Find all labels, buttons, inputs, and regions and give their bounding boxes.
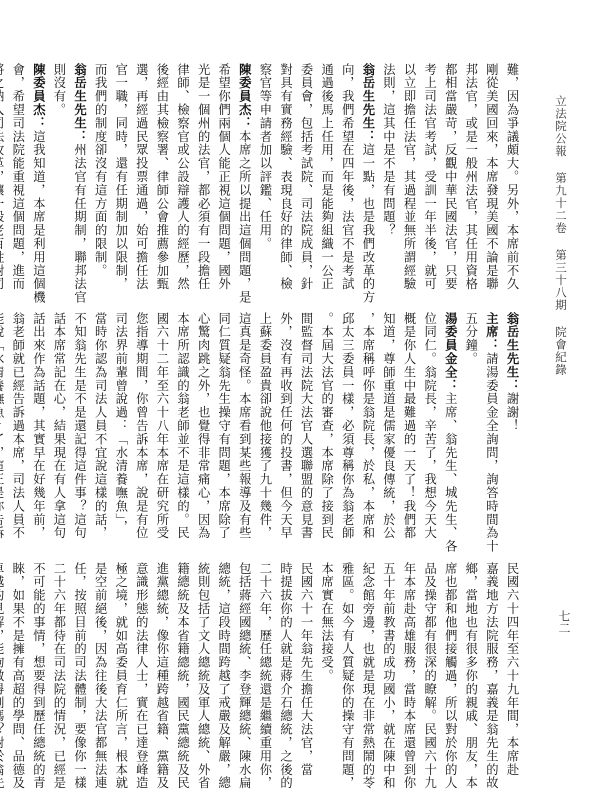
text-column: 外，沒有再收到任何的投書，但今天早 (275, 312, 296, 552)
column-text: 官一職，同時，還有任期制加以限制， (114, 63, 128, 291)
text-column: 陳委員杰：這我知道，本席是利用這個機 (28, 63, 49, 303)
text-column: 包括蔣經國總統、李登輝總統、陳水扁 (234, 562, 255, 792)
column-text: 心驚肉跳之外，也覺得非常痛心，因為 (196, 312, 210, 540)
column-text: 二十六年，歷任總統還是繼續重用你， (258, 562, 272, 790)
column-text: 本席之所以提出這個問題，是 (237, 130, 251, 304)
text-column: 本席所認識的翁老師並不是這樣的。民 (172, 312, 193, 552)
column-text: 當時你認為司法人員不宜說這樣的話， (93, 312, 107, 540)
speaker-label: 湯委員金全： (443, 312, 457, 392)
text-column: 位同仁。翁院長，辛苦了，我想今天大 (419, 312, 440, 552)
column-text: 希望你們兩個人能正視這個問題，國外 (217, 63, 231, 291)
column-text: 二十六年都待在司法院的情況，已經是 (52, 562, 66, 790)
section-label: 院會紀錄 (553, 326, 569, 376)
text-column: 概是你人生中最難過的一天了！我們都 (398, 312, 419, 552)
text-column: 籍總統及本省籍總統，國民黨總統及民 (172, 562, 193, 792)
column-text: 邦法官，或是一般州法官，其任用資格 (464, 63, 478, 291)
text-column: 民國六十四年至六十九年間，本席赴 (501, 562, 522, 792)
text-column: 對具有實務經驗、表現良好的律師、檢 (275, 63, 296, 303)
text-column: 司法界前輩曾說過：「水清養嘸魚」， (110, 312, 131, 552)
column-text: 將之納入司法改革，讓一般老百姓對司 (0, 63, 4, 291)
column-text: 請湯委員金全詢問，詢答時間為十 (484, 352, 498, 553)
text-column: 光是一個州的法官，都必須有一段擔任 (193, 63, 214, 303)
column-text: 鄉，當地也有很多你的親戚、朋友，本 (464, 562, 478, 790)
text-column: 難，因為爭議頗大。另外，本席前不久 (501, 63, 522, 303)
column-text: 能說「水清養嘸魚」了，這正是你告訴 (0, 312, 4, 540)
text-column: 五分鐘。 (460, 312, 481, 552)
text-column: 向，我們希望在四年後，法官不是考試 (337, 63, 358, 303)
column-text: 雅區。如今有人質疑你的操守有問題， (340, 562, 354, 790)
text-column: ，本席稱呼你是翁院長，於私，本席和 (357, 312, 378, 552)
text-column: 選，再經過民眾投票通過，始可擔任法 (131, 63, 152, 303)
text-column: 邦法官，或是一般州法官，其任用資格 (460, 63, 481, 303)
text-column: 察官等申請者加以評鑑、任用。 (254, 63, 275, 303)
publication-title: 立法院公報 (553, 95, 569, 158)
column-text: 任，按照目前的司法體制，要像你一樣 (73, 562, 87, 790)
text-column: 通過後馬上任用，而是能夠組織一公正 (316, 63, 337, 303)
column-text: 通過後馬上任用，而是能夠組織一公正 (320, 63, 334, 291)
column-text: 考上司法官考試，受訓一年半後，就可 (423, 63, 437, 291)
column-text: 位同仁。翁院長，辛苦了，我想今天大 (423, 312, 437, 540)
text-column: 。本屆大法官的審查，本席除了接到民 (316, 312, 337, 552)
column-text: 年本席赴高雄服務，當時本席還曾到你 (402, 562, 416, 790)
text-column: 則沒有。 (48, 63, 69, 303)
text-column: 意識形態的法律人士，實在已達登峰造 (131, 562, 152, 792)
column-text: 民國六十四年至六十九年間，本席赴 (505, 562, 519, 776)
speaker-label: 陳委員杰： (237, 63, 251, 130)
text-column: 話出來作為話題，其實早在好幾年前， (28, 312, 49, 552)
text-column: 法則，這其中是不是有問題？ (378, 63, 399, 303)
text-column: 睞，如果不是擁有高超的學問、品德及 (7, 562, 28, 792)
column-text: 總統，這段時間跨越了戒嚴及解嚴，總 (217, 562, 231, 790)
speaker-label: 翁岳生先生： (73, 63, 87, 143)
text-column: 本席實在無法接受。 (316, 562, 337, 792)
text-column: 委員會，包括考試院、司法院成員，針 (295, 63, 316, 303)
column-text: 這真是奇怪。本席看到某些報導及有些 (237, 312, 251, 540)
text-column: 希望你們兩個人能正視這個問題，國外 (213, 63, 234, 303)
column-text: 邱太三委員一樣，必須尊稱你為翁老師 (340, 312, 354, 540)
column-text: 後經由其檢察署、律師公會推薦參加甄 (155, 63, 169, 291)
text-column: 總統，這段時間跨越了戒嚴及解嚴，總 (213, 562, 234, 792)
text-column: 極之境，就如高委員育仁所言，根本就 (110, 562, 131, 792)
column-text: 籍總統及本省籍總統，國民黨總統及民 (176, 562, 190, 790)
column-text: ，本席稱呼你是翁院長，於私，本席和 (361, 312, 375, 540)
column-text: 剛從美國回來，本席發現美國不論是聯 (484, 63, 498, 291)
column-text: 這一點，也是我們改革的方 (361, 143, 375, 304)
text-column: 時提拔你的人就是蔣介石總統，之後的 (275, 562, 296, 792)
text-column: 民國六十一年翁先生擔任大法官，當 (295, 562, 316, 792)
column-text: 選，再經過民眾投票通過，始可擔任法 (134, 63, 148, 291)
column-text: 而我們的制度卻沒有這方面的限制。 (93, 63, 107, 277)
column-text: 法則，這其中是不是有問題？ (381, 63, 395, 237)
text-column: 能說「水清養嘸魚」了，這正是你告訴 (0, 312, 7, 552)
text-column: 上蘇委員盈貴卻說他接獲了九十幾件， (254, 312, 275, 552)
speaker-label: 翁岳生先生： (361, 63, 375, 143)
text-column: 會，希望司法院能重視這個問題，進而 (7, 63, 28, 303)
column-text: 睞，如果不是擁有高超的學問、品德及 (11, 562, 25, 790)
text-column: 而我們的制度卻沒有這方面的限制。 (90, 63, 111, 303)
column-text: 五十年前教書的成功國小，就在陳中和 (381, 562, 395, 790)
text-column: 翁岳生先生：州法官有任期制，聯邦法官 (69, 63, 90, 303)
text-column: 邱太三委員一樣，必須尊稱你為翁老師 (337, 312, 358, 552)
text-column: 剛從美國回來，本席發現美國不論是聯 (481, 63, 502, 303)
text-column: 陳委員杰：本席之所以提出這個問題，是 (234, 63, 255, 303)
text-column: 心驚肉跳之外，也覺得非常痛心，因為 (193, 312, 214, 552)
column-text: 統則包括了文人總統及軍人總統、外省 (196, 562, 210, 790)
speaker-label: 陳委員杰： (31, 63, 45, 130)
column-text: 本席所認識的翁老師並不是這樣的。民 (176, 312, 190, 540)
column-text: 國六十二年至六十八年本席在研究所受 (155, 312, 169, 540)
column-text: 外，沒有再收到任何的投書，但今天早 (278, 312, 292, 540)
column-text: 則沒有。 (52, 63, 66, 117)
text-column: 知道，尊師重道是儒家優良傳統，於公 (378, 312, 399, 552)
column-text: 光是一個州的法官，都必須有一段擔任 (196, 63, 210, 291)
column-text: 間監督司法院大法官人選聯盟的意見書 (299, 312, 313, 540)
text-block-middle: 翁岳生先生：謝謝！主席：請湯委員金全詢問，詢答時間為十五分鐘。湯委員金全：主席、… (57, 312, 522, 552)
column-text: 不可能的事情，想要得到歷任總統的青 (31, 562, 45, 790)
text-column: 不知翁先生是不是還記得這件事？這句 (69, 312, 90, 552)
column-text: 向，我們希望在四年後，法官不是考試 (340, 63, 354, 291)
column-text: 時提拔你的人就是蔣介石總統，之後的 (278, 562, 292, 790)
column-text: 難，因為爭議頗大。另外，本席前不久 (505, 63, 519, 291)
column-text: 以立即擔任法官，其過程並無所謂經驗 (402, 63, 416, 291)
text-column: 都相當嚴苛，反觀中華民國法官，只要 (440, 63, 461, 303)
column-text: 知道，尊師重道是儒家優良傳統，於公 (381, 312, 395, 540)
column-text: 包括蔣經國總統、李登輝總統、陳水扁 (237, 562, 251, 790)
column-text: 謝謝！ (505, 392, 519, 432)
text-block-bottom: 民國六十四年至六十九年間，本席赴嘉義地方法院服務，嘉義是翁先生的故鄉，當地也有很… (57, 562, 522, 792)
text-column: 二十六年，歷任總統還是繼續重用你， (254, 562, 275, 792)
column-text: 極之境，就如高委員育仁所言，根本就 (114, 562, 128, 790)
speaker-label: 翁岳生先生： (505, 312, 519, 392)
text-column: 後經由其檢察署、律師公會推薦參加甄 (151, 63, 172, 303)
text-column: 官一職，同時，還有任期制加以限制， (110, 63, 131, 303)
column-text: 五分鐘。 (464, 312, 478, 366)
text-column: 紀念館旁邊，也就是現在非常熱鬧的苓 (357, 562, 378, 792)
issue-label: 第三十八期 (553, 249, 569, 312)
column-text: 本席實在無法接受。 (320, 562, 334, 683)
text-column: 主席：請湯委員金全詢問，詢答時間為十 (481, 312, 502, 552)
column-text: 司法界前輩曾說過：「水清養嘸魚」， (114, 312, 128, 534)
text-column: 品及操守都有很深的瞭解。民國六十九 (419, 562, 440, 792)
page-number: 七二 (556, 610, 573, 634)
text-column: 鄉，當地也有很多你的親戚、朋友，本 (460, 562, 481, 792)
column-text: 席也都和他們接觸過，所以對於你的人 (443, 562, 457, 790)
text-column: 二十六年都待在司法院的情況，已經是 (48, 562, 69, 792)
text-column: 翁老師就已經告訴過本席，司法人員不 (7, 312, 28, 552)
column-text: 進黨總統，像你這種跨越省籍、黨籍及 (155, 562, 169, 790)
column-text: 民國六十一年翁先生擔任大法官，當 (299, 562, 313, 776)
text-column: 統則包括了文人總統及軍人總統、外省 (193, 562, 214, 792)
text-column: 當時你認為司法人員不宜說這樣的話， (90, 312, 111, 552)
column-text: 對具有實務經驗、表現良好的律師、檢 (278, 63, 292, 291)
text-block-top: 難，因為爭議頗大。另外，本席前不久剛從美國回來，本席發現美國不論是聯邦法官，或是… (57, 63, 522, 303)
text-column: 是空前絕後，因為往後大法官都無法連 (90, 562, 111, 792)
text-column: 年本席赴高雄服務，當時本席還曾到你 (398, 562, 419, 792)
text-column: 嘉義地方法院服務，嘉義是翁先生的故 (481, 562, 502, 792)
column-text: 話出來作為話題，其實早在好幾年前， (31, 312, 45, 540)
column-text: 意識形態的法律人士，實在已達登峰造 (134, 562, 148, 790)
column-text: 律師、檢察官或公設辯護人的經歷，然 (176, 63, 190, 291)
column-text: 察官等申請者加以評鑑、任用。 (258, 63, 272, 251)
text-column: 翁岳生先生：這一點，也是我們改革的方 (357, 63, 378, 303)
column-text: 委員會，包括考試院、司法院成員，針 (299, 63, 313, 291)
text-column: 卓越的見解，能夠做得到嗎？對於翁先 (0, 562, 7, 792)
column-text: 卓越的見解，能夠做得到嗎？對於翁先 (0, 562, 4, 790)
column-text: 會，希望司法院能重視這個問題，進而 (11, 63, 25, 291)
column-text: 是空前絕後，因為往後大法官都無法連 (93, 562, 107, 790)
text-column: 不可能的事情，想要得到歷任總統的青 (28, 562, 49, 792)
text-column: 湯委員金全：主席、翁先生、城先生、各 (440, 312, 461, 552)
text-column: 五十年前教書的成功國小，就在陳中和 (378, 562, 399, 792)
text-column: 律師、檢察官或公設辯護人的經歷，然 (172, 63, 193, 303)
text-column: 您指導期間，你曾告訴本席，說是有位 (131, 312, 152, 552)
column-text: 。本屆大法官的審查，本席除了接到民 (320, 312, 334, 540)
text-column: 席也都和他們接觸過，所以對於你的人 (440, 562, 461, 792)
text-column: 翁岳生先生：謝謝！ (501, 312, 522, 552)
text-column: 間監督司法院大法官人選聯盟的意見書 (295, 312, 316, 552)
column-text: 州法官有任期制，聯邦法官 (73, 143, 87, 304)
speaker-label: 主席： (484, 312, 498, 352)
text-column: 考上司法官考試，受訓一年半後，就可 (419, 63, 440, 303)
column-text: 同仁質疑翁先生操守有問題，本席除了 (217, 312, 231, 540)
text-column: 國六十二年至六十八年本席在研究所受 (151, 312, 172, 552)
column-text: 概是你人生中最難過的一天了！我們都 (402, 312, 416, 540)
text-column: 雅區。如今有人質疑你的操守有問題， (337, 562, 358, 792)
column-text: 您指導期間，你曾告訴本席，說是有位 (134, 312, 148, 540)
column-text: 品及操守都有很深的瞭解。民國六十九 (423, 562, 437, 790)
text-column: 話本席常記在心，結果現在有人拿這句 (48, 312, 69, 552)
column-text: 上蘇委員盈貴卻說他接獲了九十幾件， (258, 312, 272, 540)
text-column: 以立即擔任法官，其過程並無所謂經驗 (398, 63, 419, 303)
column-text: 都相當嚴苛，反觀中華民國法官，只要 (443, 63, 457, 291)
column-text: 不知翁先生是不是還記得這件事？這句 (73, 312, 87, 540)
column-text: 話本席常記在心，結果現在有人拿這句 (52, 312, 66, 540)
text-column: 這真是奇怪。本席看到某些報導及有些 (234, 312, 255, 552)
column-text: 嘉義地方法院服務，嘉義是翁先生的故 (484, 562, 498, 790)
column-text: 翁老師就已經告訴過本席，司法人員不 (11, 312, 25, 540)
text-column: 進黨總統，像你這種跨越省籍、黨籍及 (151, 562, 172, 792)
gazette-header: 立法院公報 第九十二卷 第三十八期 院會紀錄 (553, 95, 569, 376)
column-text: 主席、翁先生、城先生、各 (443, 392, 457, 553)
volume-label: 第九十二卷 (553, 172, 569, 235)
column-text: 這我知道，本席是利用這個機 (31, 130, 45, 304)
text-column: 任，按照目前的司法體制，要像你一樣 (69, 562, 90, 792)
column-text: 紀念館旁邊，也就是現在非常熱鬧的苓 (361, 562, 375, 790)
text-column: 將之納入司法改革，讓一般老百姓對司 (0, 63, 7, 303)
text-column: 同仁質疑翁先生操守有問題，本席除了 (213, 312, 234, 552)
